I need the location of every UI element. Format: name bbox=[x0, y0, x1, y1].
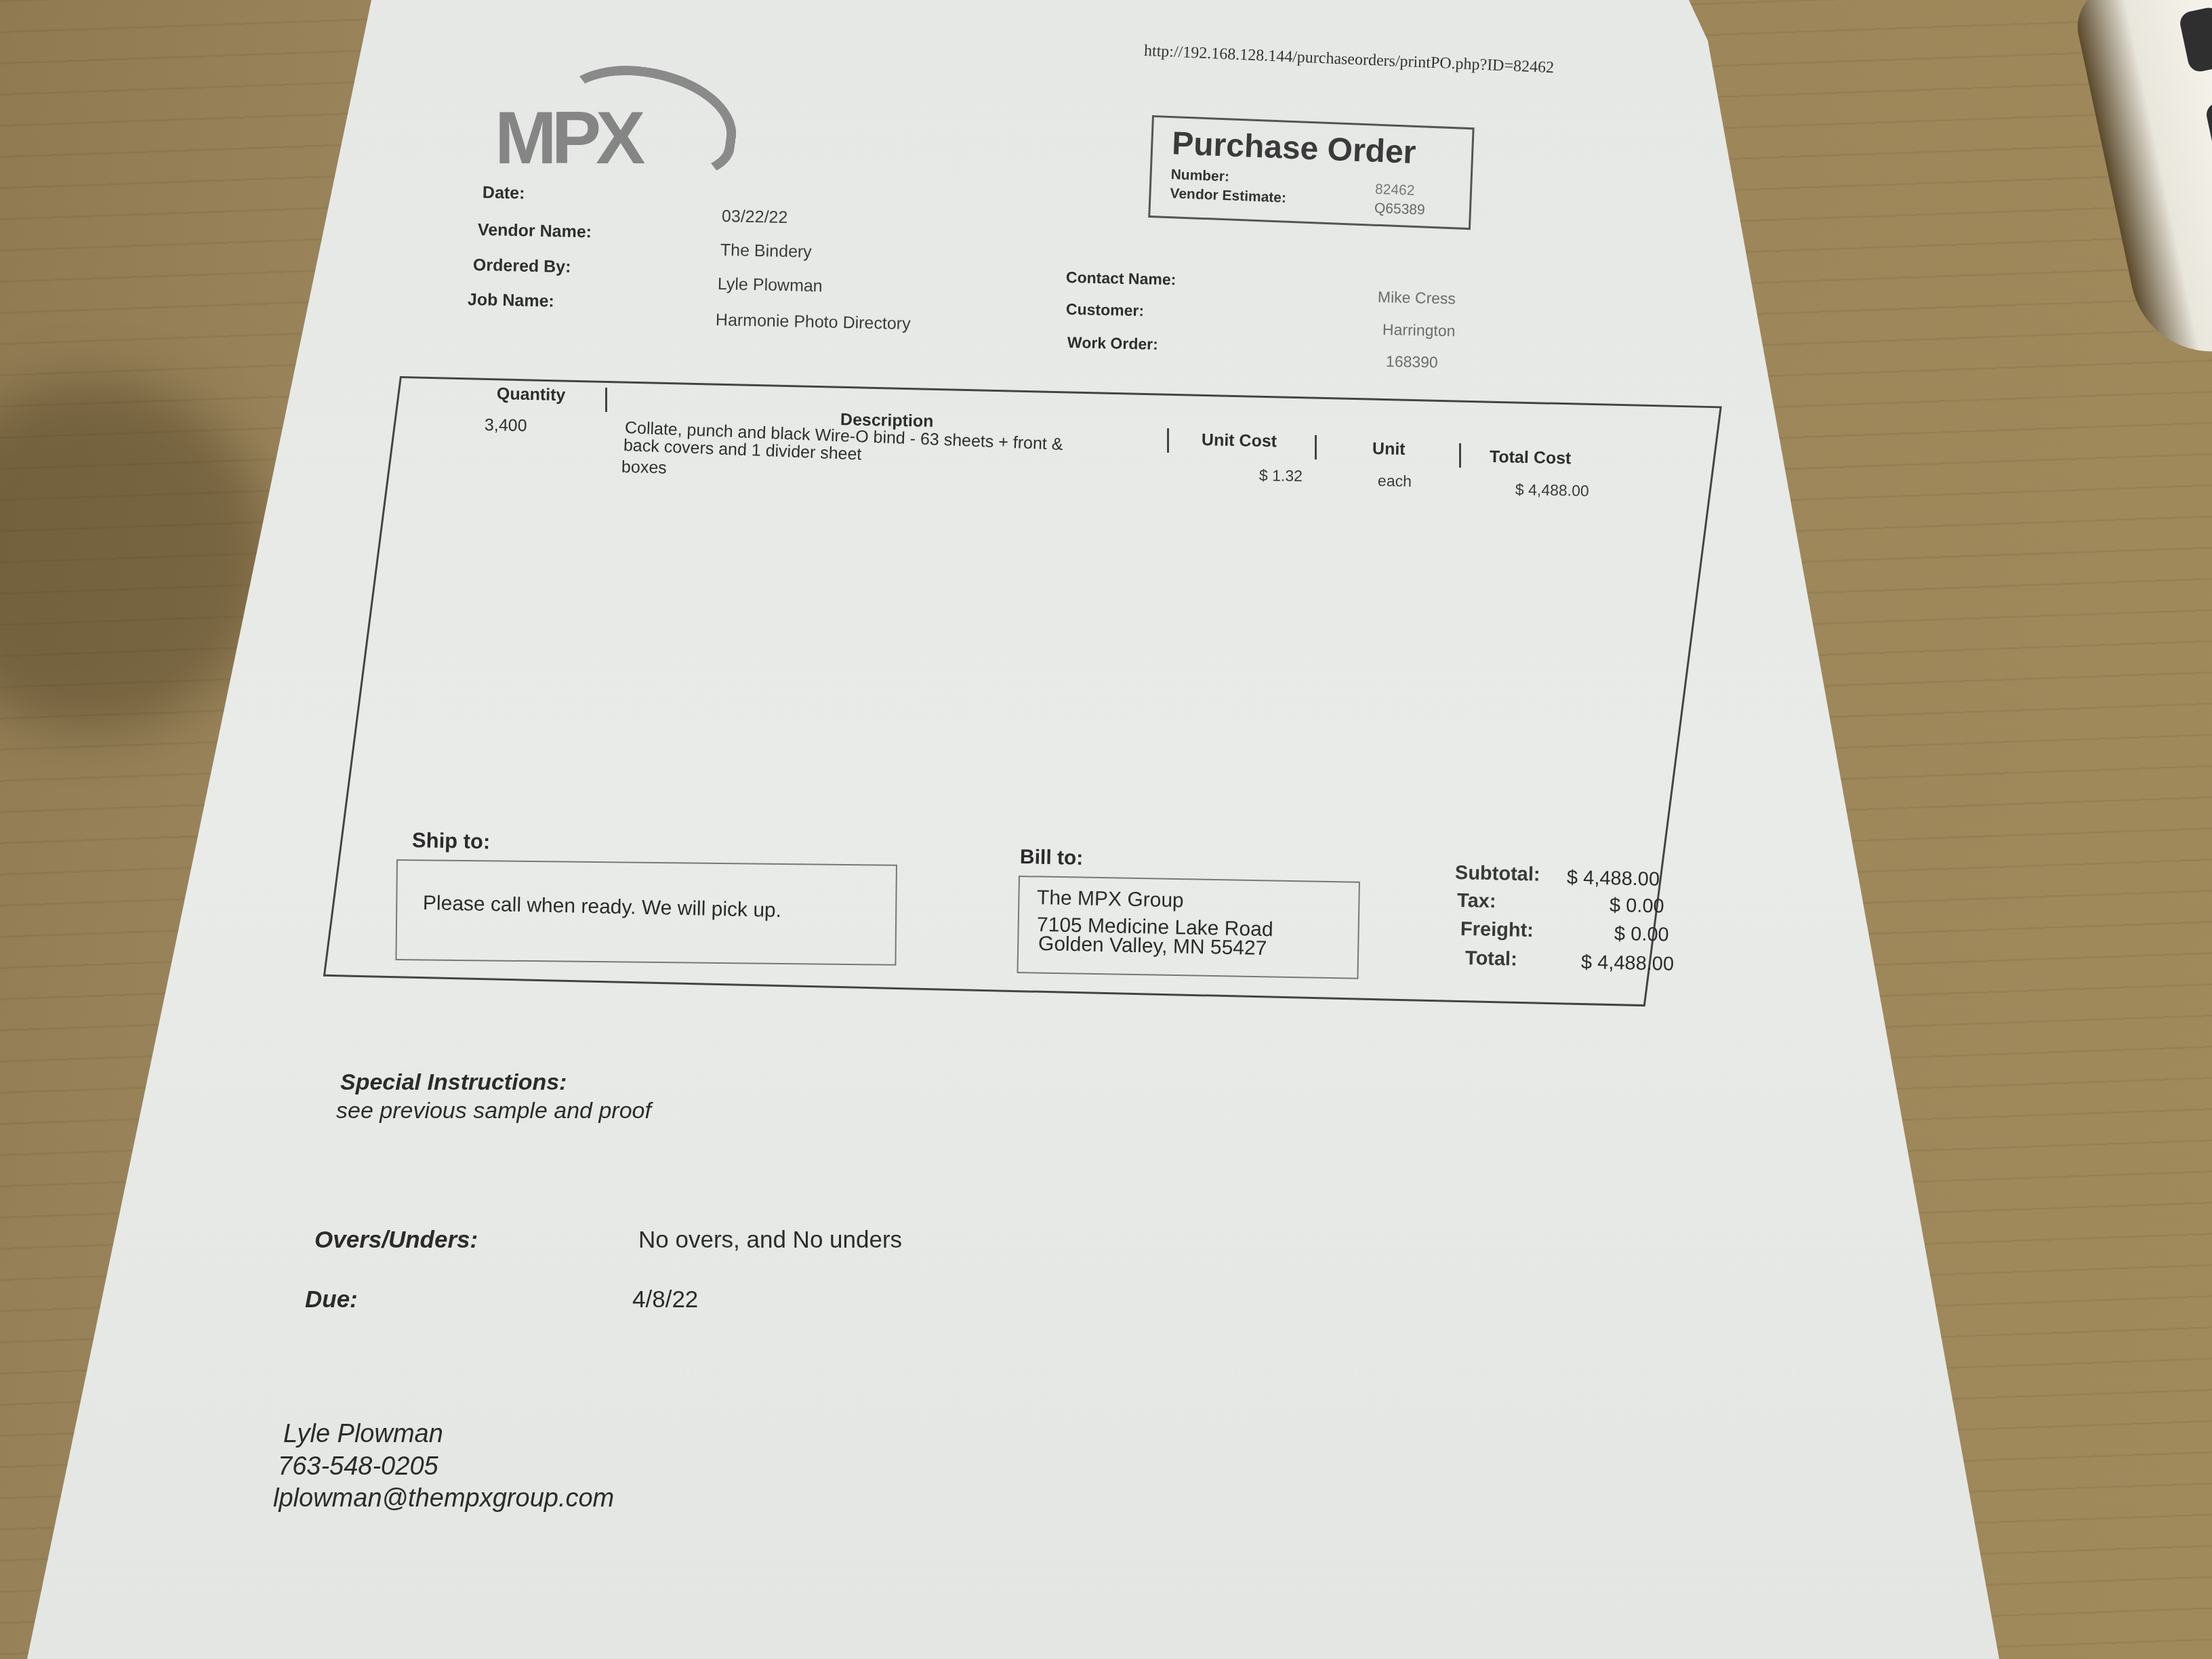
vendor-name-label: Vendor Name: bbox=[478, 220, 592, 243]
bill-to-label: Bill to: bbox=[1020, 846, 1084, 870]
vendor-estimate-value: Q65389 bbox=[1374, 201, 1425, 219]
bill-to-line-3: Golden Valley, MN 55427 bbox=[1038, 930, 1267, 962]
column-divider bbox=[1315, 435, 1317, 459]
overs-unders-label: Overs/Unders: bbox=[314, 1227, 478, 1254]
signature-phone: 763-548-0205 bbox=[278, 1452, 438, 1481]
col-header-quantity: Quantity bbox=[497, 384, 566, 405]
logo-text: MPX bbox=[495, 95, 640, 181]
row-description-line-3: boxes bbox=[621, 457, 667, 478]
customer-value: Harrington bbox=[1382, 321, 1456, 340]
due-value: 4/8/22 bbox=[632, 1286, 698, 1313]
bill-to-line-1: The MPX Group bbox=[1037, 884, 1185, 915]
row-quantity: 3,400 bbox=[485, 415, 527, 436]
due-label: Due: bbox=[305, 1286, 358, 1313]
calculator-key bbox=[2178, 5, 2212, 74]
column-divider bbox=[1459, 443, 1461, 468]
ordered-by-value: Lyle Plowman bbox=[718, 274, 823, 296]
page-title: Purchase Order bbox=[1171, 125, 1416, 171]
special-instructions-text: see previous sample and proof bbox=[336, 1098, 651, 1124]
subtotal-value: $ 4,488.00 bbox=[1567, 867, 1660, 891]
row-unit-cost: $ 1.32 bbox=[1259, 466, 1303, 485]
column-divider bbox=[1167, 428, 1169, 453]
ordered-by-label: Ordered By: bbox=[473, 255, 571, 277]
signature-name: Lyle Plowman bbox=[283, 1420, 443, 1449]
po-header-box: Purchase Order Number: Vendor Estimate: … bbox=[1148, 115, 1474, 230]
calculator-key bbox=[2205, 97, 2212, 165]
po-number-label: Number: bbox=[1170, 167, 1229, 185]
total-value: $ 4,488.00 bbox=[1581, 951, 1675, 976]
subtotal-label: Subtotal: bbox=[1455, 862, 1540, 886]
signature-email: lplowman@thempxgroup.com bbox=[273, 1484, 614, 1513]
job-name-label: Job Name: bbox=[468, 290, 554, 312]
total-label: Total: bbox=[1465, 947, 1517, 971]
customer-label: Customer: bbox=[1066, 300, 1145, 320]
po-number-value: 82462 bbox=[1375, 182, 1415, 199]
contact-name-value: Mike Cress bbox=[1378, 288, 1456, 308]
row-total-cost: $ 4,488.00 bbox=[1515, 480, 1589, 500]
vendor-name-value: The Bindery bbox=[720, 241, 812, 262]
ship-to-label: Ship to: bbox=[412, 828, 491, 854]
work-order-label: Work Order: bbox=[1067, 333, 1158, 354]
job-name-value: Harmonie Photo Directory bbox=[716, 310, 911, 334]
col-header-unit: Unit bbox=[1372, 439, 1406, 459]
column-divider bbox=[605, 388, 607, 412]
col-header-total-cost: Total Cost bbox=[1490, 447, 1572, 469]
print-url: http://192.168.128.144/purchaseorders/pr… bbox=[1143, 42, 1554, 77]
vendor-estimate-label: Vendor Estimate: bbox=[1170, 186, 1286, 207]
overs-unders-value: No overs, and No unders bbox=[638, 1227, 902, 1254]
tax-label: Tax: bbox=[1457, 890, 1496, 913]
freight-label: Freight: bbox=[1460, 918, 1534, 942]
col-header-unit-cost: Unit Cost bbox=[1202, 430, 1277, 451]
mpx-logo: MPX bbox=[488, 68, 718, 169]
work-order-value: 168390 bbox=[1386, 352, 1438, 372]
date-value: 03/22/22 bbox=[722, 207, 788, 228]
tax-value: $ 0.00 bbox=[1610, 895, 1664, 918]
row-unit: each bbox=[1378, 472, 1412, 491]
freight-value: $ 0.00 bbox=[1614, 923, 1669, 947]
date-label: Date: bbox=[483, 183, 525, 203]
contact-name-label: Contact Name: bbox=[1066, 268, 1176, 289]
special-instructions-label: Special Instructions: bbox=[340, 1069, 567, 1096]
